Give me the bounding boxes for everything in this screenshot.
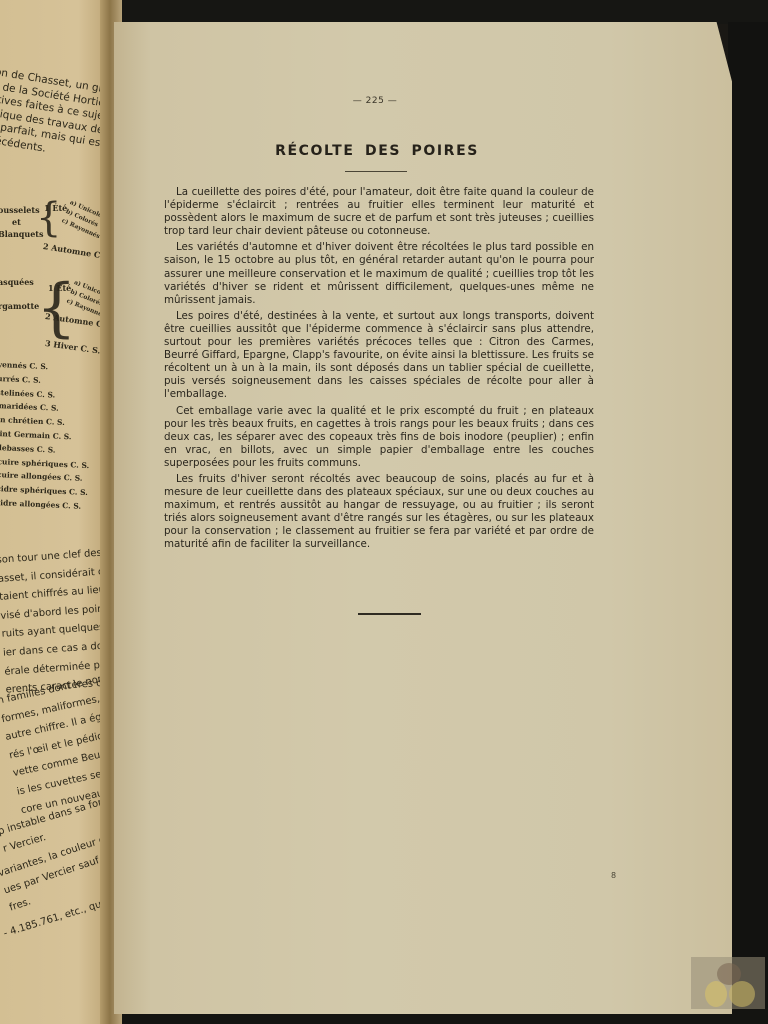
table-label: asquées (0, 276, 39, 288)
left-variety-list: yennés C. S. urrés C. S. stelinées C. S.… (0, 358, 94, 514)
end-rule (358, 613, 421, 615)
watermark-fruit-icon (705, 981, 727, 1007)
left-page: on de Chasset, un grand e de la Société … (0, 0, 112, 1024)
paragraph-automne-hiver: Les variétés d'automne et d'hiver doiven… (164, 241, 594, 306)
page-title: RÉCOLTE DES POIRES (270, 143, 484, 159)
article-body: La cueillette des poires d'été, pour l'a… (164, 186, 594, 555)
title-underline (345, 171, 407, 172)
paragraph-fruits-hiver: Les fruits d'hiver seront récoltés avec … (164, 473, 594, 552)
season-1-ete: 1 Été (44, 202, 67, 214)
table-label: rgamotte (0, 300, 39, 312)
season-1-ete: 1 Été (48, 282, 71, 294)
left-table-group-2: asquées rgamotte (0, 276, 39, 312)
paragraph-vente: Les poires d'été, destinées à la vente, … (164, 310, 594, 402)
signature-mark: 8 (611, 871, 616, 880)
watermark-fruit-icon (729, 981, 755, 1007)
page-number: — 225 — (330, 96, 420, 106)
paragraph-emballage: Cet emballage varie avec la qualité et l… (164, 405, 594, 470)
paragraph-ete: La cueillette des poires d'été, pour l'a… (164, 186, 594, 238)
watermark-logo (691, 957, 765, 1009)
list-item: cidre allongées C. S. (0, 496, 88, 514)
season-3-hiver: 3 Hiver C. S. (44, 337, 101, 357)
dark-backdrop-right (728, 22, 768, 1014)
dark-backdrop (95, 0, 768, 24)
left-top-paragraph: on de Chasset, un grand e de la Société … (0, 66, 112, 168)
